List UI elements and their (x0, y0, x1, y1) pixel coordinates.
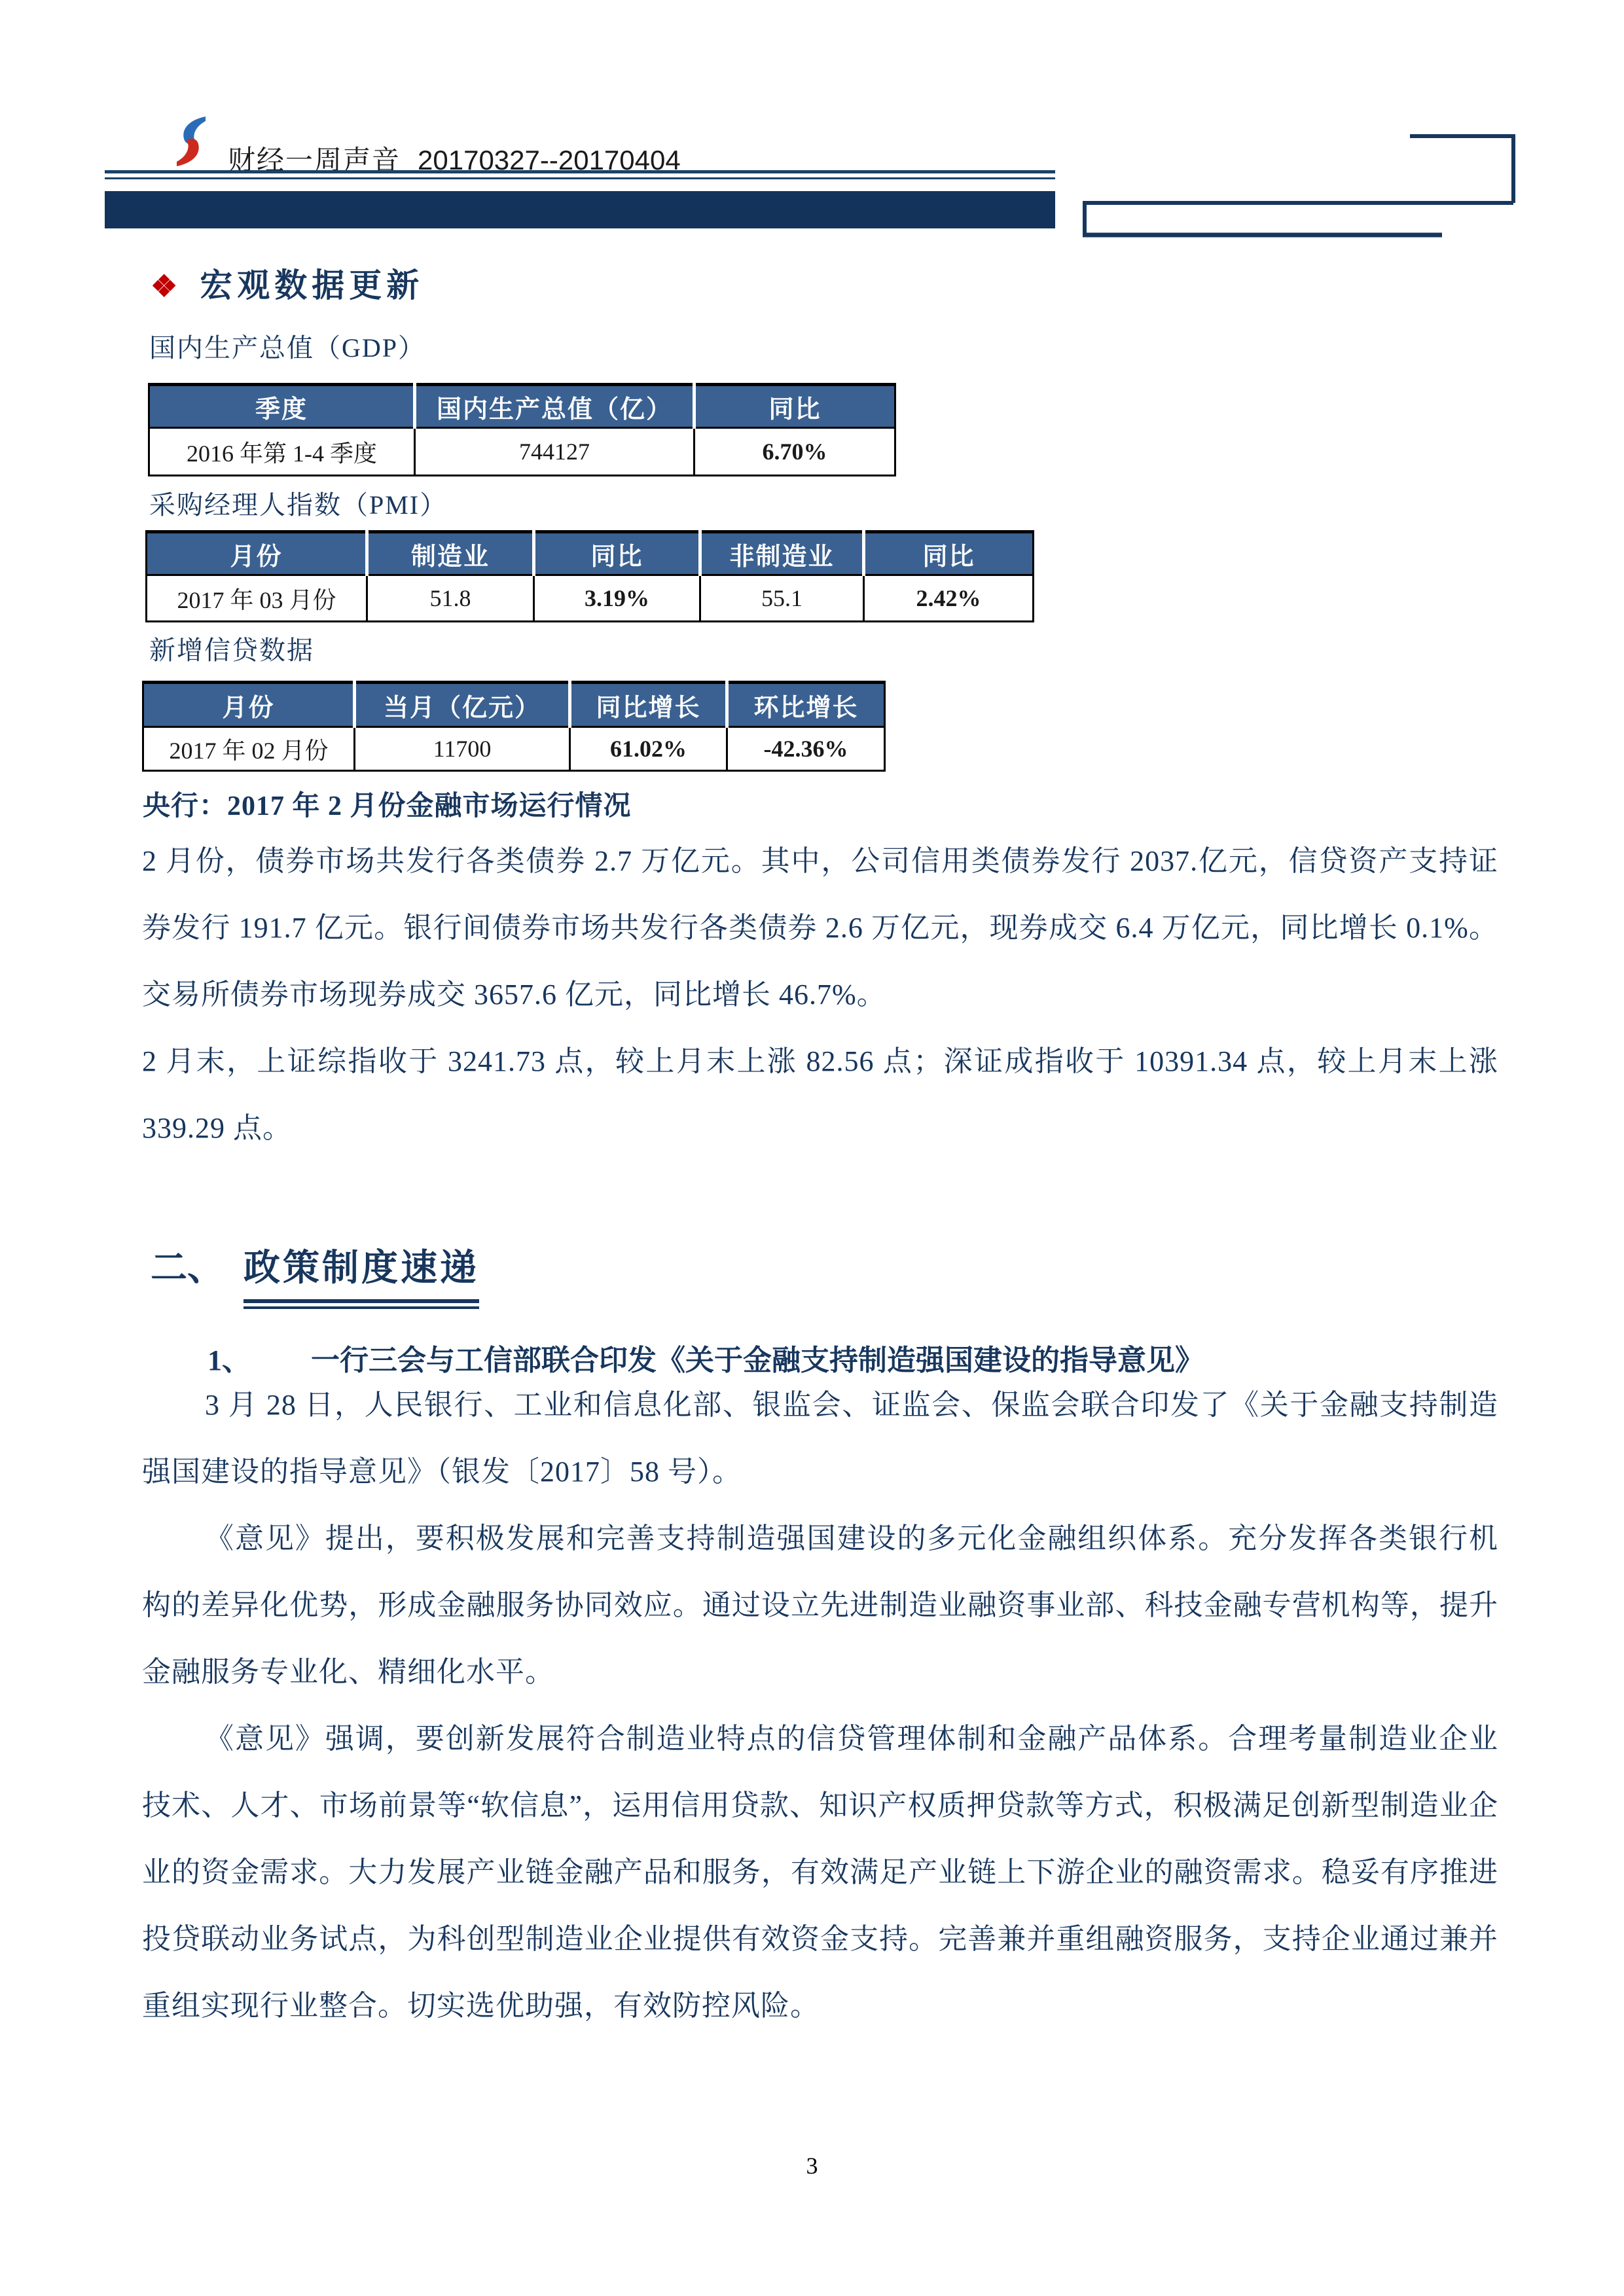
gdp-data-row: 2016 年第 1-4 季度 744127 6.70% (149, 428, 895, 476)
central-bank-heading: 央行：2017 年 2 月份金融市场运行情况 (143, 784, 632, 823)
banner-bar (105, 191, 1055, 228)
credit-col-mom: 环比增长 (727, 683, 885, 727)
report-page: 财经一周声音20170327--20170404 ❖宏观数据更新 国内生产总值（… (0, 0, 1624, 2296)
gdp-col-value: 国内生产总值（亿） (415, 385, 695, 428)
pmi-col-yoy1: 同比 (534, 532, 700, 575)
credit-col-amount: 当月（亿元） (355, 683, 570, 727)
pmi-col-month: 月份 (147, 532, 367, 575)
gdp-value: 744127 (415, 428, 695, 476)
credit-month: 2017 年 02 月份 (143, 727, 355, 771)
credit-yoy: 61.02% (570, 727, 727, 771)
corner-outline-boxes (1080, 124, 1525, 245)
credit-table: 月份 当月（亿元） 同比增长 环比增长 2017 年 02 月份 11700 6… (142, 681, 886, 772)
gdp-col-yoy: 同比 (695, 385, 895, 428)
gdp-col-quarter: 季度 (149, 385, 415, 428)
gdp-yoy: 6.70% (695, 428, 895, 476)
brand-logo-icon (170, 115, 212, 168)
gdp-table-label: 国内生产总值（GDP） (149, 327, 425, 365)
credit-table-label: 新增信贷数据 (149, 630, 314, 667)
pmi-data-row: 2017 年 03 月份 51.8 3.19% 55.1 2.42% (147, 575, 1034, 622)
section-macro-heading: ❖宏观数据更新 (151, 259, 424, 306)
section-policy-title: 政策制度速递 (244, 1239, 479, 1303)
paragraph: 2 月份，债券市场共发行各类债券 2.7 万亿元。其中，公司信用类债券发行 20… (142, 828, 1498, 1028)
page-number: 3 (0, 2152, 1624, 2179)
pmi-yoy2: 2.42% (864, 575, 1034, 622)
pmi-yoy1: 3.19% (534, 575, 700, 622)
header-divider (105, 170, 1055, 179)
credit-header-row: 月份 当月（亿元） 同比增长 环比增长 (143, 683, 885, 727)
paragraph: 2 月末，上证综指收于 3241.73 点，较上月末上涨 82.56 点；深证成… (142, 1028, 1498, 1162)
diamond-bullet-icon: ❖ (151, 270, 177, 303)
pmi-manufacturing: 51.8 (367, 575, 534, 622)
pmi-nonmanufacturing: 55.1 (700, 575, 864, 622)
pmi-col-yoy2: 同比 (864, 532, 1034, 575)
paragraph: 《意见》强调，要创新发展符合制造业特点的信贷管理体制和金融产品体系。合理考量制造… (142, 1706, 1498, 2039)
paragraph: 《意见》提出，要积极发展和完善支持制造强国建设的多元化金融组织体系。充分发挥各类… (142, 1505, 1498, 1706)
section-policy-number: 二、 (151, 1248, 224, 1289)
pmi-month: 2017 年 03 月份 (147, 575, 367, 622)
section-macro-title: 宏观数据更新 (200, 267, 424, 304)
credit-amount: 11700 (355, 727, 570, 771)
section-policy-heading: 二、政策制度速递 (151, 1239, 479, 1303)
gdp-header-row: 季度 国内生产总值（亿） 同比 (149, 385, 895, 428)
gdp-quarter: 2016 年第 1-4 季度 (149, 428, 415, 476)
credit-mom: -42.36% (727, 727, 885, 771)
credit-col-yoy: 同比增长 (570, 683, 727, 727)
pmi-table-label: 采购经理人指数（PMI） (149, 484, 447, 522)
pmi-table: 月份 制造业 同比 非制造业 同比 2017 年 03 月份 51.8 3.19… (145, 530, 1034, 622)
gdp-table: 季度 国内生产总值（亿） 同比 2016 年第 1-4 季度 744127 6.… (148, 383, 896, 476)
pmi-col-nonmanufacturing: 非制造业 (700, 532, 864, 575)
credit-col-month: 月份 (143, 683, 355, 727)
credit-data-row: 2017 年 02 月份 11700 61.02% -42.36% (143, 727, 885, 771)
pmi-header-row: 月份 制造业 同比 非制造业 同比 (147, 532, 1034, 575)
pmi-col-manufacturing: 制造业 (367, 532, 534, 575)
paragraph: 3 月 28 日，人民银行、工业和信息化部、银监会、证监会、保监会联合印发了《关… (142, 1372, 1498, 1505)
